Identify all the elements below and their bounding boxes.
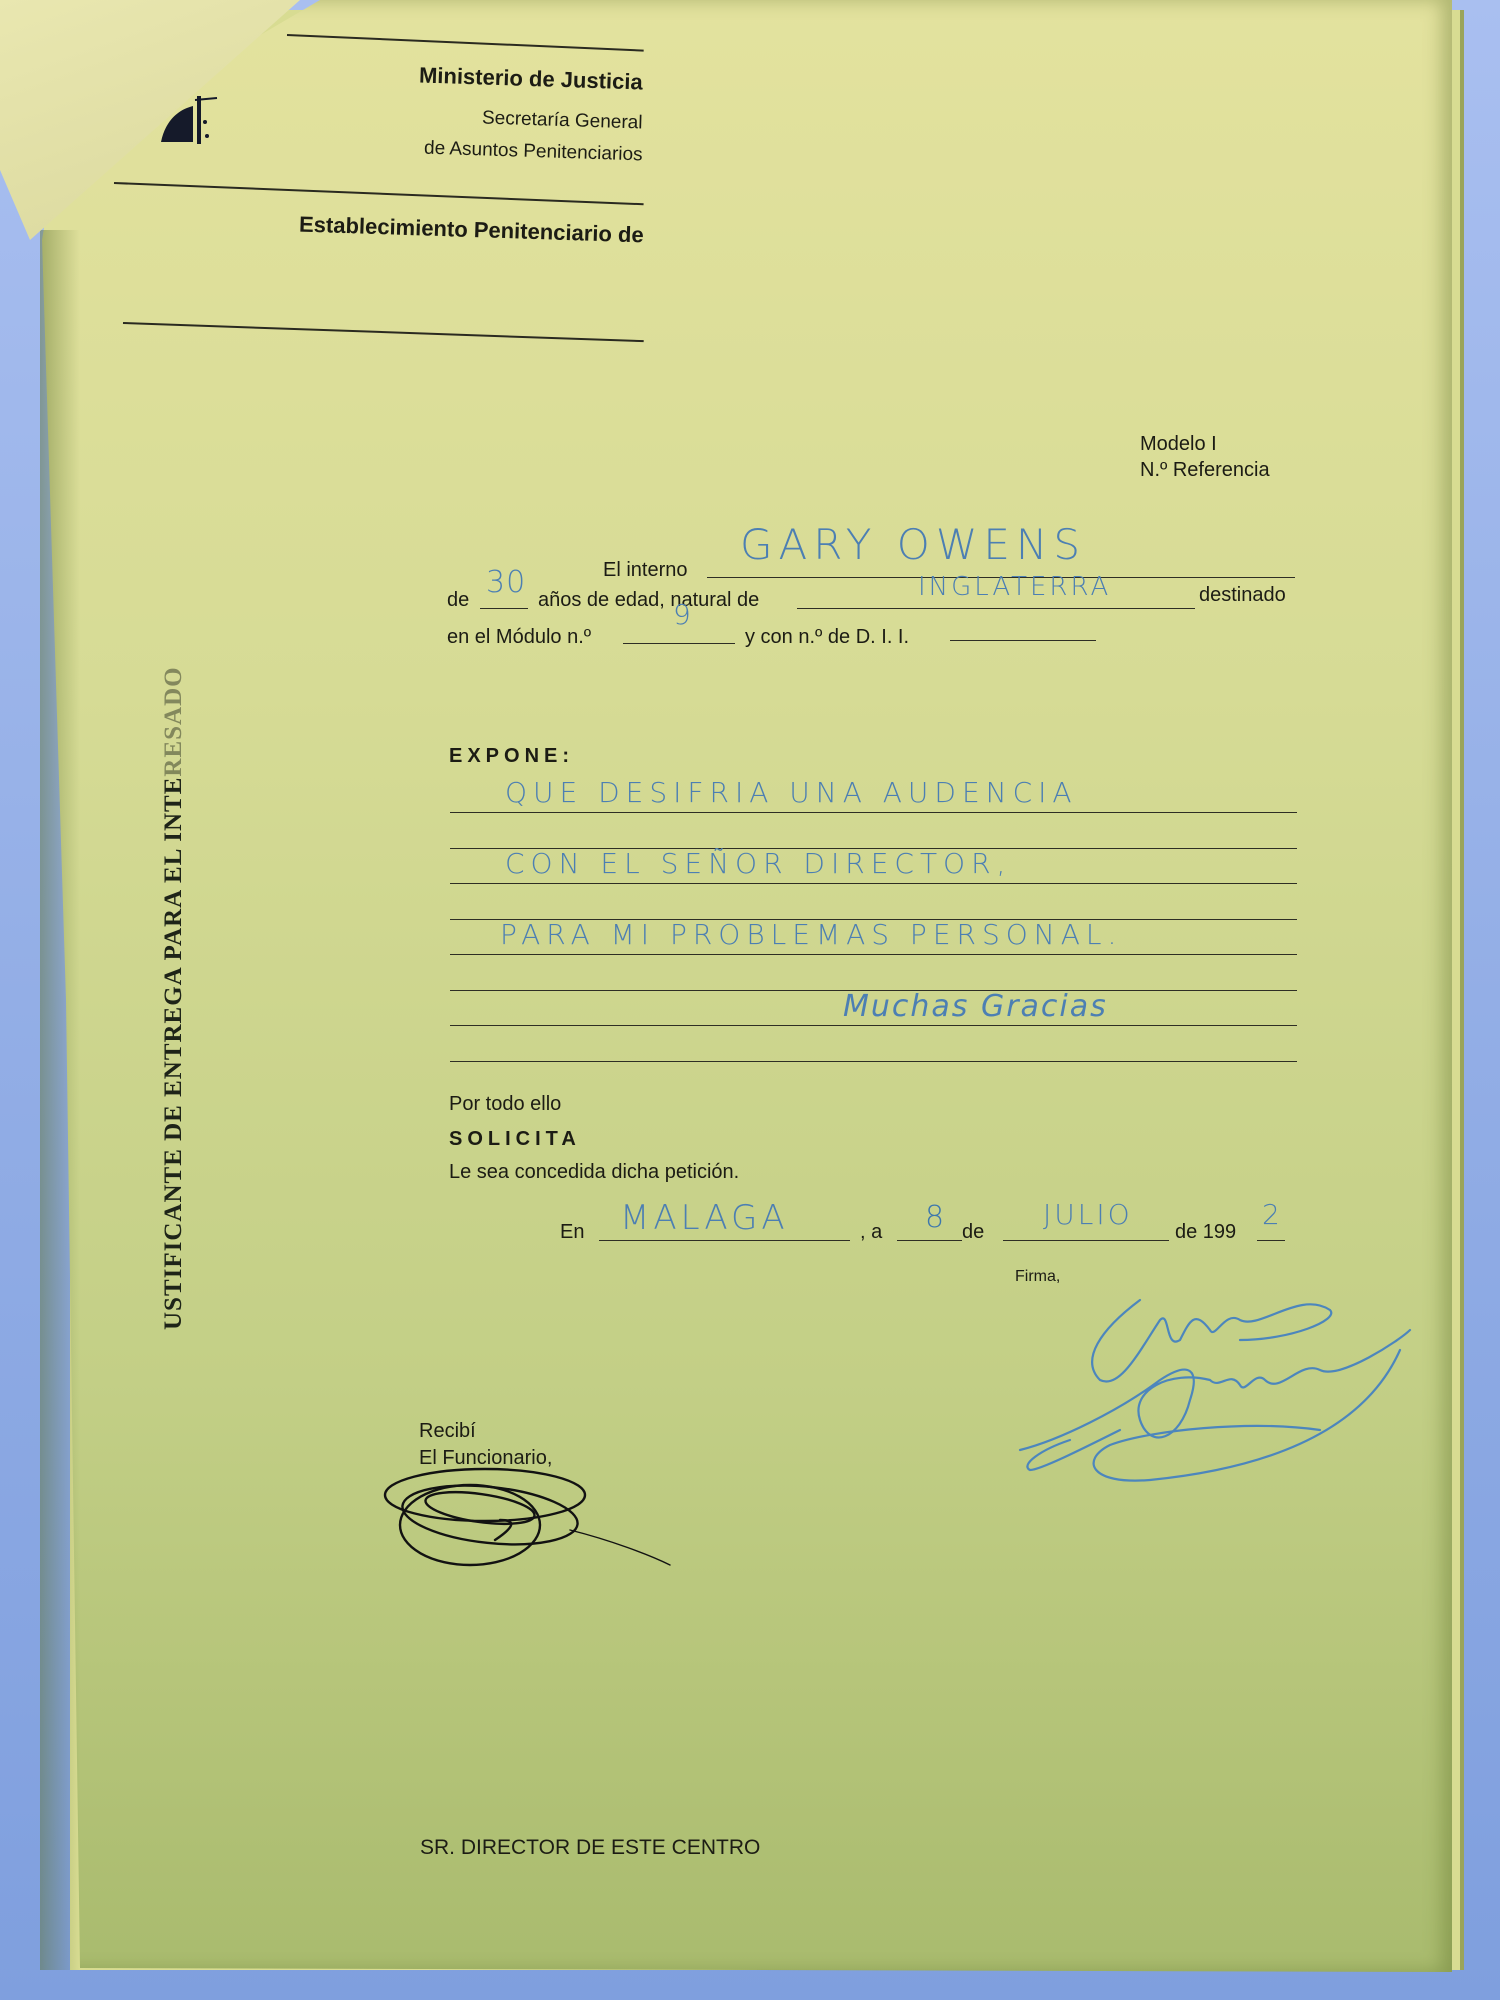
id-field-line[interactable] (950, 640, 1096, 641)
solicita-text: Le sea concedida dicha petición. (449, 1161, 739, 1184)
module-value[interactable]: 9 (673, 598, 697, 631)
expone-line[interactable] (450, 954, 1297, 955)
origin-field-line[interactable] (797, 608, 1195, 609)
expone-line[interactable] (450, 883, 1297, 884)
place-label: En (560, 1221, 584, 1244)
receipt-stub-title: USTIFICANTE DE ENTREGA PARA EL INTERESAD… (160, 666, 188, 1330)
inmate-signature[interactable] (1000, 1270, 1440, 1500)
addressee: SR. DIRECTOR DE ESTE CENTRO (420, 1836, 760, 1860)
name-label: El interno (603, 559, 688, 582)
expone-line[interactable] (450, 812, 1297, 813)
expone-line[interactable] (450, 1025, 1297, 1026)
stub-title-faded: RESADO (160, 666, 187, 776)
day-value[interactable]: 8 (925, 1200, 950, 1235)
expone-line[interactable] (450, 1061, 1297, 1062)
solicita-heading: SOLICITA (449, 1128, 581, 1151)
place-field-line[interactable] (599, 1240, 850, 1241)
age-prefix: de (447, 589, 469, 612)
page-paper (20, 0, 1452, 1972)
expone-handwriting: CON EL SEÑOR DIRECTOR, (505, 847, 1011, 880)
module-label: en el Módulo n.º (447, 626, 591, 649)
month-field-line[interactable] (1003, 1240, 1169, 1241)
month-value[interactable]: JULIO (1043, 1198, 1133, 1231)
age-value[interactable]: 30 (486, 565, 526, 600)
day-label: , a (860, 1221, 882, 1244)
age-field-line[interactable] (480, 608, 528, 609)
assigned-label: destinado (1199, 584, 1286, 607)
official-signature[interactable] (370, 1460, 690, 1590)
year-label: de 199 (1175, 1221, 1236, 1244)
id-label: y con n.º de D. I. I. (745, 626, 909, 649)
receipt-line-1: Recibí (419, 1420, 476, 1443)
module-field-line[interactable] (623, 643, 735, 644)
month-label: de (962, 1221, 984, 1244)
origin-value[interactable]: INGLATERRA (918, 572, 1111, 602)
year-field-line[interactable] (1257, 1240, 1285, 1241)
expone-handwriting: Muchas Gracias (843, 989, 1108, 1024)
place-value[interactable]: MALAGA (620, 1198, 789, 1238)
age-suffix: años de edad, natural de (538, 589, 759, 612)
name-value[interactable]: GARY OWENS (740, 520, 1086, 569)
expone-handwriting: PARA MI PROBLEMAS PERSONAL. (500, 918, 1122, 951)
form-model: Modelo I (1140, 433, 1217, 456)
page-edge-shadow (40, 230, 80, 1970)
expone-handwriting: QUE DESIFRIA UNA AUDENCIA (505, 776, 1078, 809)
expone-heading: EXPONE: (449, 745, 574, 768)
reference-label: N.º Referencia (1140, 459, 1270, 482)
coat-of-arms-icon (155, 92, 219, 150)
solicita-intro: Por todo ello (449, 1093, 561, 1116)
year-value[interactable]: 2 (1262, 1198, 1286, 1231)
day-field-line[interactable] (897, 1240, 962, 1241)
stub-title-text: USTIFICANTE DE ENTREGA PARA EL INTE (160, 777, 187, 1330)
